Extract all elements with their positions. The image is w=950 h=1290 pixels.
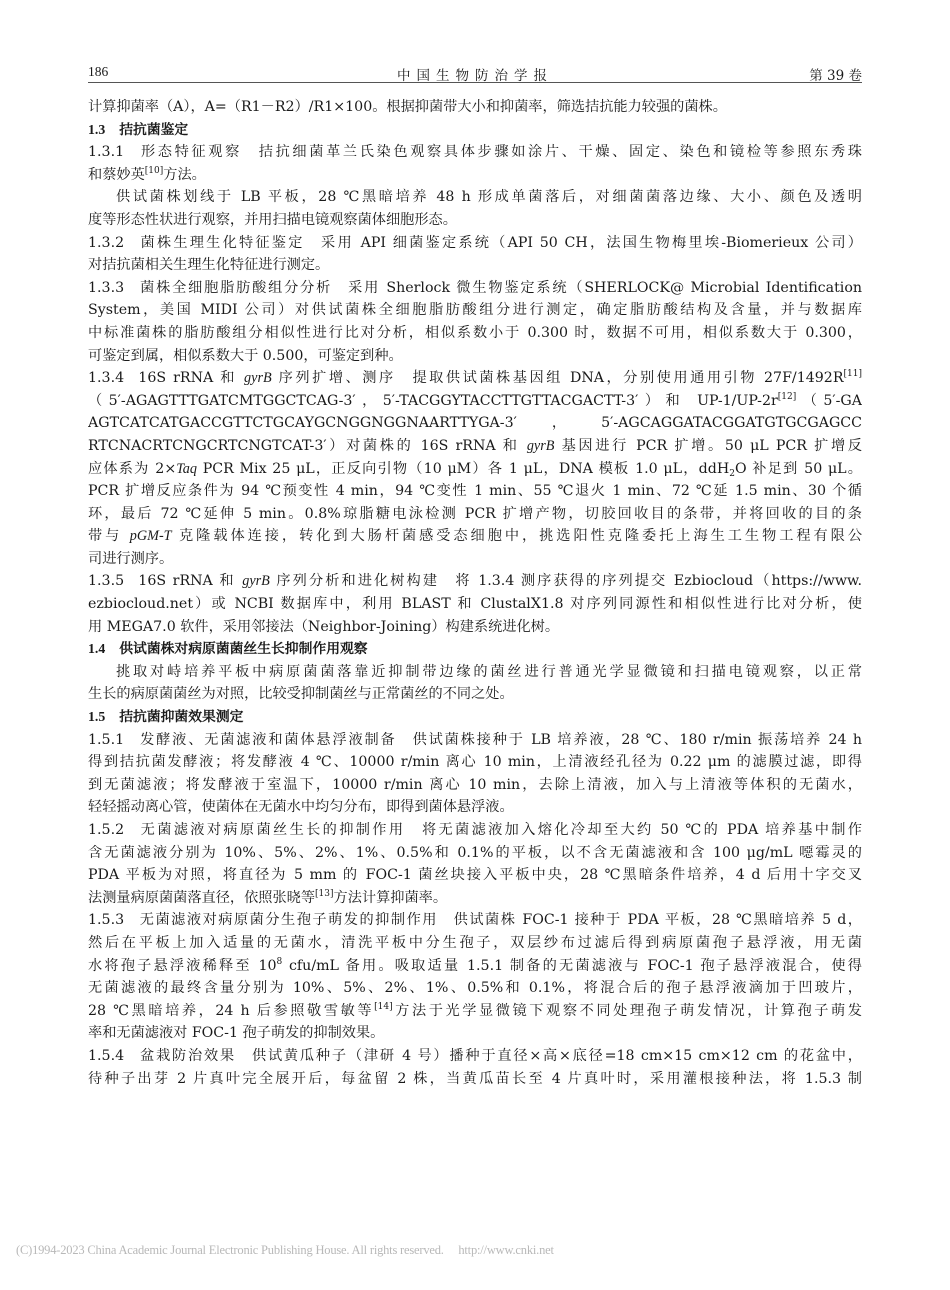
paragraph-line: 到无菌滤液；将发酵液于室温下，10000 r/min 离心 10 min，去除上…: [88, 774, 862, 797]
paragraph-line: RTCNACRTCNGCRTCNGTCAT-3′）对菌株的 16S rRNA 和…: [88, 435, 862, 458]
copyright-text: (C)1994-2023 China Academic Journal Elec…: [16, 1243, 444, 1257]
paragraph-line: 含无菌滤液分别为 10%、5%、2%、1%、0.5%和 0.1%的平板，以不含无…: [88, 842, 862, 865]
citation[interactable]: [13]: [315, 889, 333, 899]
paragraph-line: 无菌滤液的最终含量分别为 10%、5%、2%、1%、0.5%和 0.1%，将混合…: [88, 977, 862, 1000]
article-body: 计算抑菌率（A），A=（R1－R2）/R1×100。根据抑菌带大小和抑菌率，筛选…: [88, 96, 862, 1090]
subsection-1-5-3: 1.5.3 无菌滤液对病原菌分生孢子萌发的抑制作用 供试菌株 FOC-1 接种于…: [88, 909, 862, 932]
paragraph-line: PDA 平板为对照，将直径为 5 mm 的 FOC-1 菌丝块接入平板中央，28…: [88, 864, 862, 887]
paragraph-line: 待种子出芽 2 片真叶完全展开后，每盆留 2 株，当黄瓜苗长至 4 片真叶时，采…: [88, 1068, 862, 1091]
running-header: 186 中国生物防治学报 第 39 卷: [88, 62, 862, 83]
citation[interactable]: [11]: [844, 369, 862, 379]
volume-label: 第 39 卷: [809, 64, 862, 84]
section-heading-1-5: 1.5拮抗菌抑菌效果测定: [88, 706, 862, 729]
paragraph-line: PCR 扩增反应条件为 94 ℃预变性 4 min，94 ℃变性 1 min、5…: [88, 480, 862, 503]
subsection-1-5-2: 1.5.2 无菌滤液对病原菌丝生长的抑制作用 将无菌滤液加入熔化冷却至大约 50…: [88, 819, 862, 842]
paragraph-line: 用 MEGA7.0 软件，采用邻接法（Neighbor-Joining）构建系统…: [88, 616, 862, 639]
paragraph-line: 轻轻摇动离心管，使菌体在无菌水中均匀分布，即得到菌体悬浮液。: [88, 796, 862, 819]
paragraph-line: 带与 pGM-T 克隆载体连接，转化到大肠杆菌感受态细胞中，挑选阳性克隆委托上海…: [88, 525, 862, 548]
section-heading-1-4: 1.4供试菌株对病原菌菌丝生长抑制作用观察: [88, 638, 862, 661]
subsection-1-3-5: 1.3.5 16S rRNA 和 gyrB 序列分析和进化树构建 将 1.3.4…: [88, 570, 862, 593]
copyright-footer: (C)1994-2023 China Academic Journal Elec…: [16, 1243, 554, 1258]
subsection-1-3-4: 1.3.4 16S rRNA 和 gyrB 序列扩增、测序 提取供试菌株基因组 …: [88, 367, 862, 390]
paragraph-line: 中标准菌株的脂肪酸组分相似性进行比对分析，相似系数小于 0.300 时，数据不可…: [88, 322, 862, 345]
paragraph-line: 水将孢子悬浮液稀释至 108 cfu/mL 备用。吸取适量 1.5.1 制备的无…: [88, 955, 862, 978]
paragraph-line: AGTCATCATGACCGTTCTGCAYGCNGGNGGNAARTTYGA-…: [88, 412, 862, 435]
subsection-1-3-3: 1.3.3 菌株全细胞脂肪酸组分分析 采用 Sherlock 微生物鉴定系统（S…: [88, 277, 862, 300]
paragraph-line: 应体系为 2×Taq PCR Mix 25 μL，正反向引物（10 μM）各 1…: [88, 458, 862, 481]
paragraph-line: 环，最后 72 ℃延伸 5 min。0.8%琼脂糖电泳检测 PCR 扩增产物，切…: [88, 503, 862, 526]
journal-title: 中国生物防治学报: [88, 64, 862, 84]
paragraph-line: 和蔡妙英[10]方法。: [88, 164, 862, 187]
subsection-1-3-2: 1.3.2 菌株生理生化特征鉴定 采用 API 细菌鉴定系统（API 50 CH…: [88, 232, 862, 255]
subsection-1-5-4: 1.5.4 盆栽防治效果 供试黄瓜种子（津研 4 号）播种于直径×高×底径=18…: [88, 1045, 862, 1068]
subsection-1-3-1: 1.3.1 形态特征观察 拮抗细菌革兰氏染色观察具体步骤如涂片、干燥、固定、染色…: [88, 141, 862, 164]
paragraph-line: 挑取对峙培养平板中病原菌菌落靠近抑制带边缘的菌丝进行普通光学显微镜和扫描电镜观察…: [88, 661, 862, 684]
citation[interactable]: [10]: [145, 166, 163, 176]
paragraph-line: 率和无菌滤液对 FOC-1 孢子萌发的抑制效果。: [88, 1022, 862, 1045]
subsection-1-5-1: 1.5.1 发酵液、无菌滤液和菌体悬浮液制备 供试菌株接种于 LB 培养液，28…: [88, 729, 862, 752]
paragraph-line: 度等形态性状进行观察，并用扫描电镜观察菌体细胞形态。: [88, 209, 862, 232]
paragraph-line: 可鉴定到属，相似系数大于 0.500，可鉴定到种。: [88, 345, 862, 368]
paragraph-line: 司进行测序。: [88, 548, 862, 571]
paragraph-line: 28 ℃黑暗培养，24 h 后参照敬雪敏等[14]方法于光学显微镜下观察不同处理…: [88, 1000, 862, 1023]
paragraph-line: ezbiocloud.net）或 NCBI 数据库中，利用 BLAST 和 Cl…: [88, 593, 862, 616]
paragraph-line: 得到拮抗菌发酵液；将发酵液 4 ℃、10000 r/min 离心 10 min，…: [88, 751, 862, 774]
paragraph-line: 对拮抗菌相关生理生化特征进行测定。: [88, 254, 862, 277]
paragraph-line: System，美国 MIDI 公司）对供试菌株全细胞脂肪酸组分进行测定，确定脂肪…: [88, 299, 862, 322]
paragraph-line: 计算抑菌率（A），A=（R1－R2）/R1×100。根据抑菌带大小和抑菌率，筛选…: [88, 96, 862, 119]
paragraph-line: 供试菌株划线于 LB 平板，28 ℃黑暗培养 48 h 形成单菌落后，对细菌菌落…: [88, 186, 862, 209]
cnki-link[interactable]: http://www.cnki.net: [458, 1243, 553, 1257]
paragraph-line: （5′-AGAGTTTGATCMTGGCTCAG-3′，5′-TACGGYTAC…: [88, 390, 862, 413]
paragraph-line: 法测量病原菌菌落直径，依照张晓等[13]方法计算抑菌率。: [88, 887, 862, 910]
paragraph-line: 生长的病原菌菌丝为对照，比较受抑制菌丝与正常菌丝的不同之处。: [88, 683, 862, 706]
paragraph-line: 然后在平板上加入适量的无菌水，清洗平板中分生孢子，双层纱布过滤后得到病原菌孢子悬…: [88, 932, 862, 955]
section-heading-1-3: 1.3拮抗菌鉴定: [88, 119, 862, 142]
citation[interactable]: [12]: [778, 392, 796, 402]
citation[interactable]: [14]: [374, 1002, 392, 1012]
